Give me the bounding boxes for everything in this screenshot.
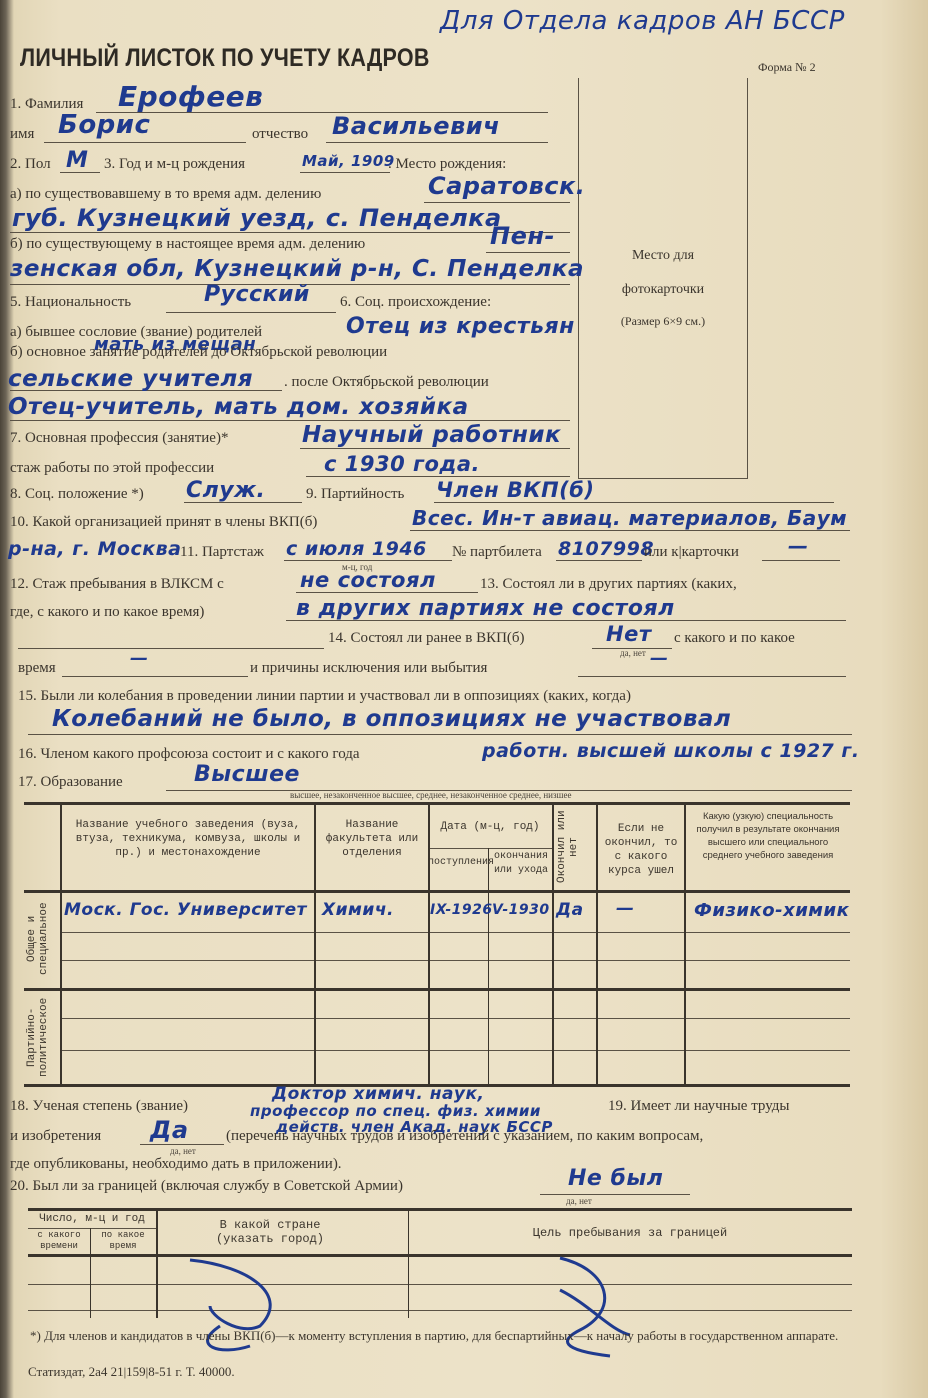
label-nationality: 5. Национальность bbox=[10, 294, 131, 311]
field-party-since[interactable]: с июля 1946 bbox=[286, 538, 427, 560]
label-abroad: 20. Был ли за границей (включая службу в… bbox=[10, 1178, 403, 1195]
field-education[interactable]: Высшее bbox=[194, 762, 300, 787]
field-time[interactable]: — bbox=[130, 648, 149, 669]
document-page: Для Отдела кадров АН БССР ЛИЧНЫЙ ЛИСТОК … bbox=[0, 0, 928, 1398]
footnote: *) Для членов и кандидатов в члены ВКП(б… bbox=[30, 1328, 860, 1344]
label-candidate-card: или к|карточки bbox=[644, 544, 739, 561]
field-occupation-after[interactable]: Отец-учитель, мать дом. хозяйка bbox=[8, 394, 469, 420]
field-birthplace-old-1[interactable]: Саратовск. bbox=[428, 172, 585, 200]
photo-label-1: Место для bbox=[579, 248, 747, 264]
field-party-org-1[interactable]: Всес. Ин-т авиац. материалов, Баум bbox=[412, 506, 847, 530]
col-institution: Название учебного заведения (вуза, втуза… bbox=[64, 818, 312, 860]
field-birthplace-old-2[interactable]: губ. Кузнецкий уезд, с. Пенделка bbox=[12, 204, 502, 232]
label-earlier-period: с какого и по какое bbox=[674, 630, 795, 647]
field-birthplace-new-2[interactable]: зенская обл, Кузнецкий р-н, С. Пенделка bbox=[10, 256, 584, 282]
page-title: ЛИЧНЫЙ ЛИСТОК ПО УЧЕТУ КАДРОВ bbox=[20, 44, 430, 73]
field-name[interactable]: Борис bbox=[58, 110, 150, 140]
field-earlier-member[interactable]: Нет bbox=[606, 622, 652, 646]
field-experience[interactable]: с 1930 года. bbox=[324, 452, 480, 476]
hint-education: высшее, незаконченное высшее, среднее, н… bbox=[290, 790, 571, 800]
hint-earlier: да, нет bbox=[620, 648, 646, 658]
label-education: 17. Образование bbox=[18, 774, 123, 791]
label-komsomol: 12. Стаж пребывания в ВЛКСМ с bbox=[10, 576, 224, 593]
hint-abroad: да, нет bbox=[566, 1196, 592, 1206]
field-birth[interactable]: Май, 1909 bbox=[302, 152, 395, 170]
label-works-3: (перечень научных трудов и изобретений с… bbox=[226, 1128, 703, 1145]
field-sex[interactable]: М bbox=[66, 148, 88, 173]
field-profession[interactable]: Научный работник bbox=[302, 422, 561, 448]
label-other-parties: 13. Состоял ли в других партиях (каких, bbox=[480, 576, 737, 593]
field-surname[interactable]: Ерофеев bbox=[118, 80, 263, 113]
col-abroad-purpose: Цель пребывания за границей bbox=[420, 1226, 840, 1240]
field-works[interactable]: Да bbox=[150, 1116, 189, 1144]
label-party: 9. Партийность bbox=[306, 486, 404, 503]
field-card-number[interactable]: 8107998 bbox=[558, 538, 654, 560]
header-note: Для Отдела кадров АН БССР bbox=[440, 6, 845, 36]
field-komsomol[interactable]: не состоял bbox=[300, 568, 436, 592]
label-parents-occupation: б) основное занятие родителей до Октябрь… bbox=[10, 344, 387, 361]
col-entered: поступления bbox=[428, 856, 488, 870]
field-other-parties[interactable]: в других партиях не состоял bbox=[296, 596, 675, 621]
label-works-2: и изобретения bbox=[10, 1128, 101, 1145]
field-exclusion-reason[interactable]: — bbox=[650, 648, 669, 669]
label-works-4: где опубликованы, необходимо дать в прил… bbox=[10, 1156, 342, 1173]
label-patronymic: отчество bbox=[252, 126, 308, 143]
hint-works: да, нет bbox=[170, 1146, 196, 1156]
col-faculty: Название факультета или отделения bbox=[318, 818, 426, 860]
field-party-org-2[interactable]: р-на, г. Москва bbox=[8, 538, 182, 560]
field-occupation-before[interactable]: сельские учителя bbox=[8, 366, 253, 392]
label-sex: 2. Пол bbox=[10, 156, 51, 173]
label-after-revolution: . после Октябрьской революции bbox=[284, 374, 489, 391]
col-finished: окончания или ухода bbox=[490, 850, 552, 878]
label-trade-union: 16. Членом какого профсоюза состоит и с … bbox=[18, 746, 360, 763]
cell-faculty[interactable]: Химич. bbox=[322, 900, 394, 920]
field-hesitations[interactable]: Колебаний не было, в оппозициях не участ… bbox=[52, 706, 731, 732]
label-birthplace: . Место рождения: bbox=[388, 156, 506, 173]
label-profession: 7. Основная профессия (занятие)* bbox=[10, 430, 228, 447]
label-degree: 18. Ученая степень (звание) bbox=[10, 1098, 188, 1115]
field-abroad[interactable]: Не был bbox=[568, 1166, 663, 1191]
field-estate-1[interactable]: Отец из крестьян bbox=[346, 314, 575, 339]
label-hesitations: 15. Были ли колебания в проведении линии… bbox=[18, 688, 631, 705]
label-birth: 3. Год и м-ц рождения bbox=[104, 156, 245, 173]
label-other-parties-2: где, с какого и по какое время) bbox=[10, 604, 204, 621]
label-exclusion-reason: и причины исключения или выбытия bbox=[250, 660, 487, 677]
photo-placeholder: Место для фотокарточки (Размер 6×9 см.) bbox=[578, 78, 748, 479]
col-course-left: Если не окончил, то с какого курса ушел bbox=[600, 822, 682, 878]
label-birthplace-old: а) по существовавшему в то время адм. де… bbox=[10, 186, 321, 203]
imprint: Статиздат, 2а4 21|159|8-51 г. Т. 40000. bbox=[28, 1364, 235, 1380]
field-social-status[interactable]: Служ. bbox=[186, 478, 265, 503]
cell-institution[interactable]: Моск. Гос. Университет bbox=[64, 900, 307, 920]
photo-size: (Размер 6×9 см.) bbox=[579, 314, 747, 329]
col-graduated: Окончил или нет bbox=[556, 808, 592, 886]
photo-label-2: фотокарточки bbox=[579, 282, 747, 298]
label-experience: стаж работы по этой профессии bbox=[10, 460, 214, 477]
cell-graduated[interactable]: Да bbox=[556, 900, 584, 920]
col-abroad-date: Число, м-ц и год bbox=[30, 1212, 154, 1226]
label-party-since: 11. Партстаж bbox=[180, 544, 264, 561]
cell-entered[interactable]: IX-1926 bbox=[430, 902, 493, 918]
label-time: время bbox=[18, 660, 56, 677]
field-degree-1[interactable]: Доктор химич. наук, bbox=[272, 1084, 485, 1104]
field-birthplace-new-1[interactable]: Пен- bbox=[490, 222, 555, 250]
row-group-general: Общее и специальное bbox=[26, 894, 58, 984]
form-number: Форма № 2 bbox=[758, 60, 816, 75]
field-candidate-card[interactable]: — bbox=[788, 534, 809, 558]
field-trade-union[interactable]: работн. высшей школы с 1927 г. bbox=[482, 740, 860, 762]
label-social-origin: 6. Соц. происхождение: bbox=[340, 294, 491, 311]
row-group-political: Партийно-политическое bbox=[26, 992, 58, 1082]
col-date: Дата (м-ц, год) bbox=[430, 820, 550, 834]
label-party-org: 10. Какой организацией принят в члены ВК… bbox=[10, 514, 317, 531]
label-social-status: 8. Соц. положение *) bbox=[10, 486, 144, 503]
label-card-number: № партбилета bbox=[452, 544, 542, 561]
field-patronymic[interactable]: Васильевич bbox=[332, 112, 500, 140]
field-party[interactable]: Член ВКП(б) bbox=[436, 478, 595, 502]
col-abroad-to: по какое время bbox=[92, 1230, 154, 1252]
cell-finished[interactable]: V-1930 bbox=[492, 902, 550, 918]
col-specialty: Какую (узкую) специальность получил в ре… bbox=[688, 810, 848, 862]
field-nationality[interactable]: Русский bbox=[204, 282, 310, 307]
label-birthplace-new: б) по существующему в настоящее время ад… bbox=[10, 236, 365, 253]
col-abroad-country: В какой стране (указать город) bbox=[210, 1218, 330, 1246]
cell-specialty[interactable]: Физико-химик bbox=[694, 900, 849, 921]
cell-course-left[interactable]: — bbox=[616, 898, 635, 919]
label-works: 19. Имеет ли научные труды bbox=[608, 1098, 790, 1115]
col-abroad-from: с какого времени bbox=[30, 1230, 88, 1252]
label-name: имя bbox=[10, 126, 34, 143]
label-earlier-member: 14. Состоял ли ранее в ВКП(б) bbox=[328, 630, 525, 647]
